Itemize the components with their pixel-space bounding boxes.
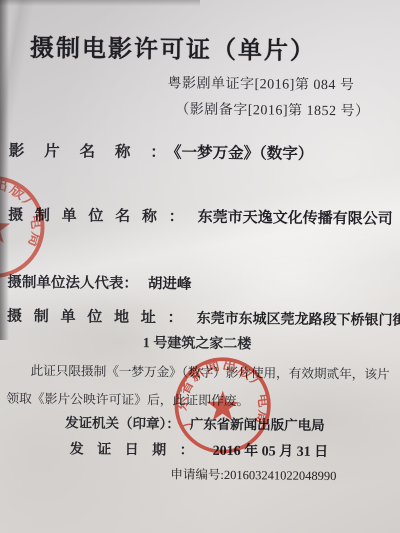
film-name-label: 影 片 名 称 ：	[9, 143, 174, 162]
producer-row: 摄 制 单 位 名 称 ：东莞市天逸文化传播有限公司	[8, 204, 393, 229]
issue-date-label: 发 证 日 期 ：	[70, 442, 199, 458]
legal-rep-label: 摄制单位法人代表：	[7, 275, 138, 292]
issue-date-row: 发 证 日 期 ：2016 年 05 月 31 日	[70, 438, 329, 461]
restriction-text-line1: 此证只限摄制《一梦万金》（数字）影片使用，有效期贰年，该片	[30, 360, 389, 383]
filing-number: （影剧备字[2016]第 1852 号）	[175, 98, 370, 120]
address-line1: 东莞市东城区莞龙路段下桥银门街	[197, 312, 400, 329]
address-line2: 1 号建筑之家二楼	[143, 332, 252, 353]
producer-label: 摄 制 单 位 名 称 ：	[8, 208, 188, 226]
address-row: 摄 制 单 位 地 址 ：东莞市东城区莞龙路段下桥银门街	[7, 305, 400, 330]
restriction-text-line2: 领取《影片公映许可证》后，此证即作废。	[6, 388, 249, 410]
legal-rep-value: 胡进峰	[148, 276, 192, 292]
issuer-value: 广东省新闻出版广电局	[190, 417, 325, 433]
film-name-value: 《一梦万金》（数字）	[174, 144, 314, 162]
film-permit-document: 摄制电影许可证（单片） 粤影剧单证字[2016]第 084 号 （影剧备字[20…	[0, 0, 400, 533]
issuer-label: 发证机关（印章）：	[65, 415, 180, 431]
page-title: 摄制电影许可证（单片）	[30, 28, 316, 66]
issuer-row: 发证机关（印章）：广东省新闻出版广电局	[65, 411, 325, 434]
producer-value: 东莞市天逸文化传播有限公司	[198, 210, 393, 228]
legal-rep-row: 摄制单位法人代表：胡进峰	[7, 271, 191, 294]
film-name-row: 影 片 名 称 ：《一梦万金》（数字）	[9, 139, 314, 164]
certificate-number: 粤影剧单证字[2016]第 084 号	[167, 72, 354, 94]
application-number: 申请编号:201603241022048990	[170, 464, 336, 484]
issue-date-value: 2016 年 05 月 31 日	[213, 444, 329, 460]
document-content: 摄制电影许可证（单片） 粤影剧单证字[2016]第 084 号 （影剧备字[20…	[0, 0, 400, 533]
address-label: 摄 制 单 位 地 址 ：	[7, 309, 187, 327]
partial-seal-stamp-icon: 广东省新闻出版广电局	[0, 174, 47, 280]
